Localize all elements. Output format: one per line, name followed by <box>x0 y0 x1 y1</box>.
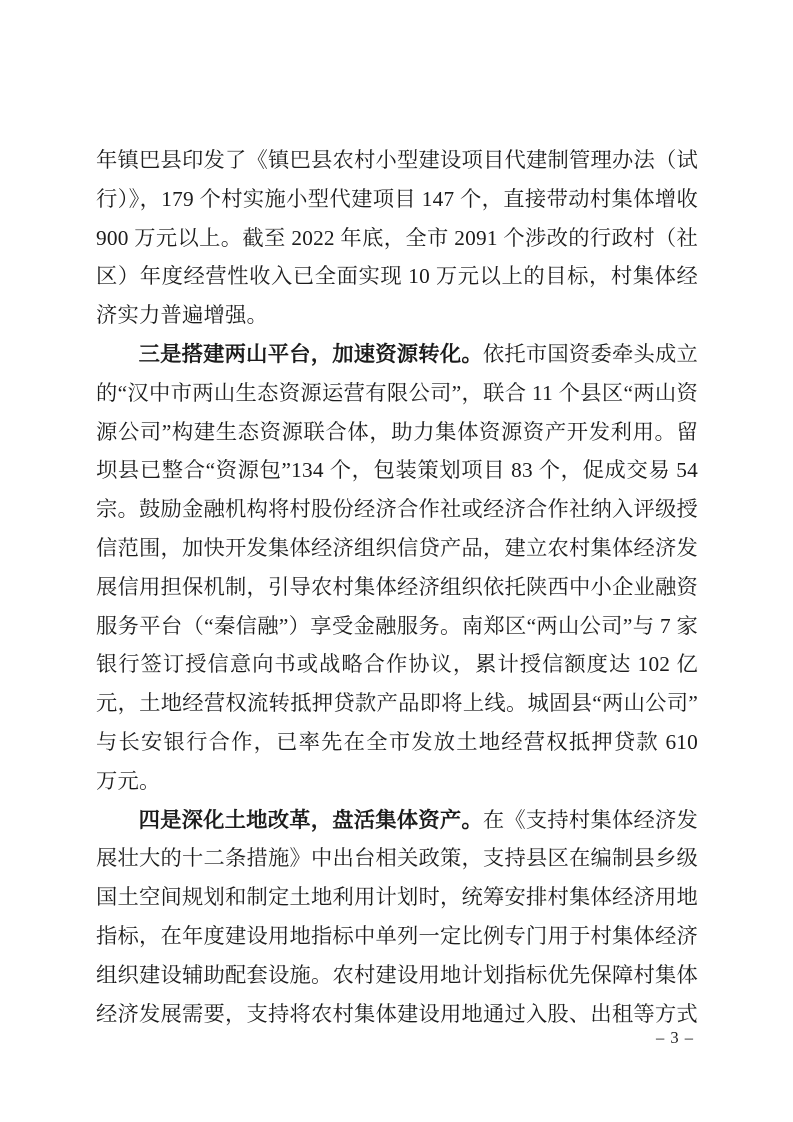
document-body: 年镇巴县印发了《镇巴县农村小型建设项目代建制管理办法（试行）》，179 个村实施… <box>96 141 698 1033</box>
paragraph-section-four: 四是深化土地改革，盘活集体资产。在《支持村集体经济发展壮大的十二条措施》中出台相… <box>96 801 698 1034</box>
paragraph-text: 在《支持村集体经济发展壮大的十二条措施》中出台相关政策，支持县区在编制县乡级国土… <box>96 808 698 1026</box>
paragraph-continuation: 年镇巴县印发了《镇巴县农村小型建设项目代建制管理办法（试行）》，179 个村实施… <box>96 141 698 335</box>
page-number: – 3 – <box>0 1026 694 1050</box>
paragraph-text: 年镇巴县印发了《镇巴县农村小型建设项目代建制管理办法（试行）》，179 个村实施… <box>96 148 698 327</box>
paragraph-text: 依托市国资委牵头成立的“汉中市两山生态资源运营有限公司”，联合 11 个县区“两… <box>96 342 698 793</box>
document-page: 年镇巴县印发了《镇巴县农村小型建设项目代建制管理办法（试行）》，179 个村实施… <box>0 0 793 1122</box>
paragraph-section-three: 三是搭建两山平台，加速资源转化。依托市国资委牵头成立的“汉中市两山生态资源运营有… <box>96 335 698 801</box>
paragraph-bold-lead: 四是深化土地改革，盘活集体资产。 <box>139 808 483 832</box>
paragraph-bold-lead: 三是搭建两山平台，加速资源转化。 <box>139 342 483 366</box>
